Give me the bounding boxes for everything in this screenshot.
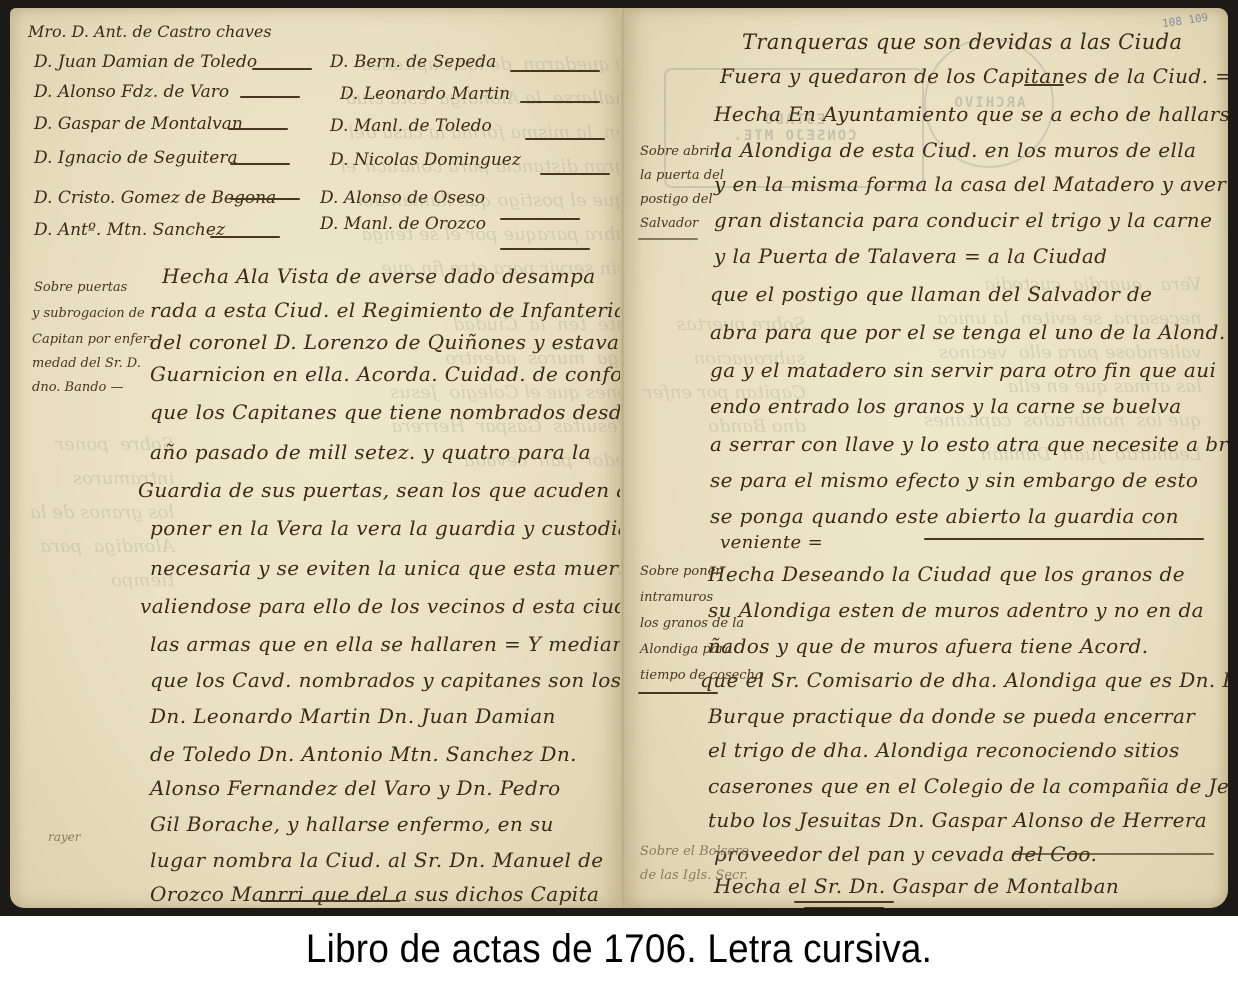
right-page: 108 109 ESTADO CONSEJO MTE. ARCHIVO Vera…: [624, 8, 1228, 908]
faint-margin-mark: rayer: [48, 830, 81, 844]
attendee-name: D. Manl. de Orozco: [320, 214, 486, 234]
attendee-name: D. Alonso Fdz. de Varo: [34, 82, 229, 102]
attendee-name: D. Nicolas Dominguez: [330, 150, 521, 170]
left-page: y quedaron de los Capitanes hallarse la …: [10, 8, 622, 908]
manuscript-photo: y quedaron de los Capitanes hallarse la …: [0, 0, 1238, 916]
image-caption: Libro de actas de 1706. Letra cursiva.: [50, 916, 1189, 982]
attendee-name: Mro. D. Ant. de Castro chaves: [28, 22, 272, 41]
attendee-name: D. Bern. de Sepeda: [330, 52, 496, 72]
attendee-name: D. Manl. de Toledo: [330, 116, 492, 136]
attendee-name: D. Gaspar de Montalvan: [34, 114, 243, 134]
attendee-name: D. Ignacio de Seguitera: [34, 148, 238, 168]
attendee-name: D. Antº. Mtn. Sanchez: [34, 220, 225, 240]
folio-number: 108 109: [1161, 11, 1209, 30]
attendee-name: D. Juan Damian de Toledo: [34, 52, 257, 72]
attendee-name: D. Leonardo Martin: [340, 84, 510, 104]
attendee-name: D. Alonso de Oseso: [320, 188, 485, 208]
